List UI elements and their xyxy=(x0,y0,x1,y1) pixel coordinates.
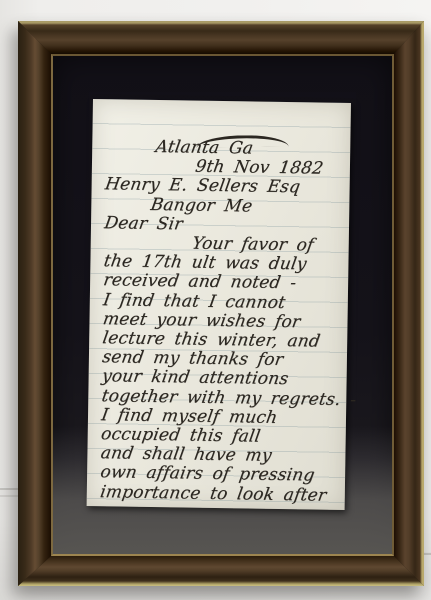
matte: Atlanta Ga 9th Nov 1882 Henry E. Sellers… xyxy=(51,54,394,556)
photo-wall: Atlanta Ga 9th Nov 1882 Henry E. Sellers… xyxy=(0,0,431,600)
letter-text: Atlanta Ga 9th Nov 1882 Henry E. Sellers… xyxy=(97,137,347,506)
picture-frame: Atlanta Ga 9th Nov 1882 Henry E. Sellers… xyxy=(18,21,424,586)
wall-seam xyxy=(0,487,18,490)
letter-body: the 17th ult was dulyreceived and noted … xyxy=(97,252,345,505)
frame-moulding-top xyxy=(18,21,424,54)
frame-moulding-bottom xyxy=(18,556,424,586)
letter-paper: Atlanta Ga 9th Nov 1882 Henry E. Sellers… xyxy=(87,99,351,510)
wall-seam xyxy=(0,494,18,497)
frame-moulding-right xyxy=(394,21,424,586)
wall-seam xyxy=(423,552,431,555)
letter-line: importance to look after xyxy=(99,483,344,506)
frame-moulding-left xyxy=(18,21,51,586)
